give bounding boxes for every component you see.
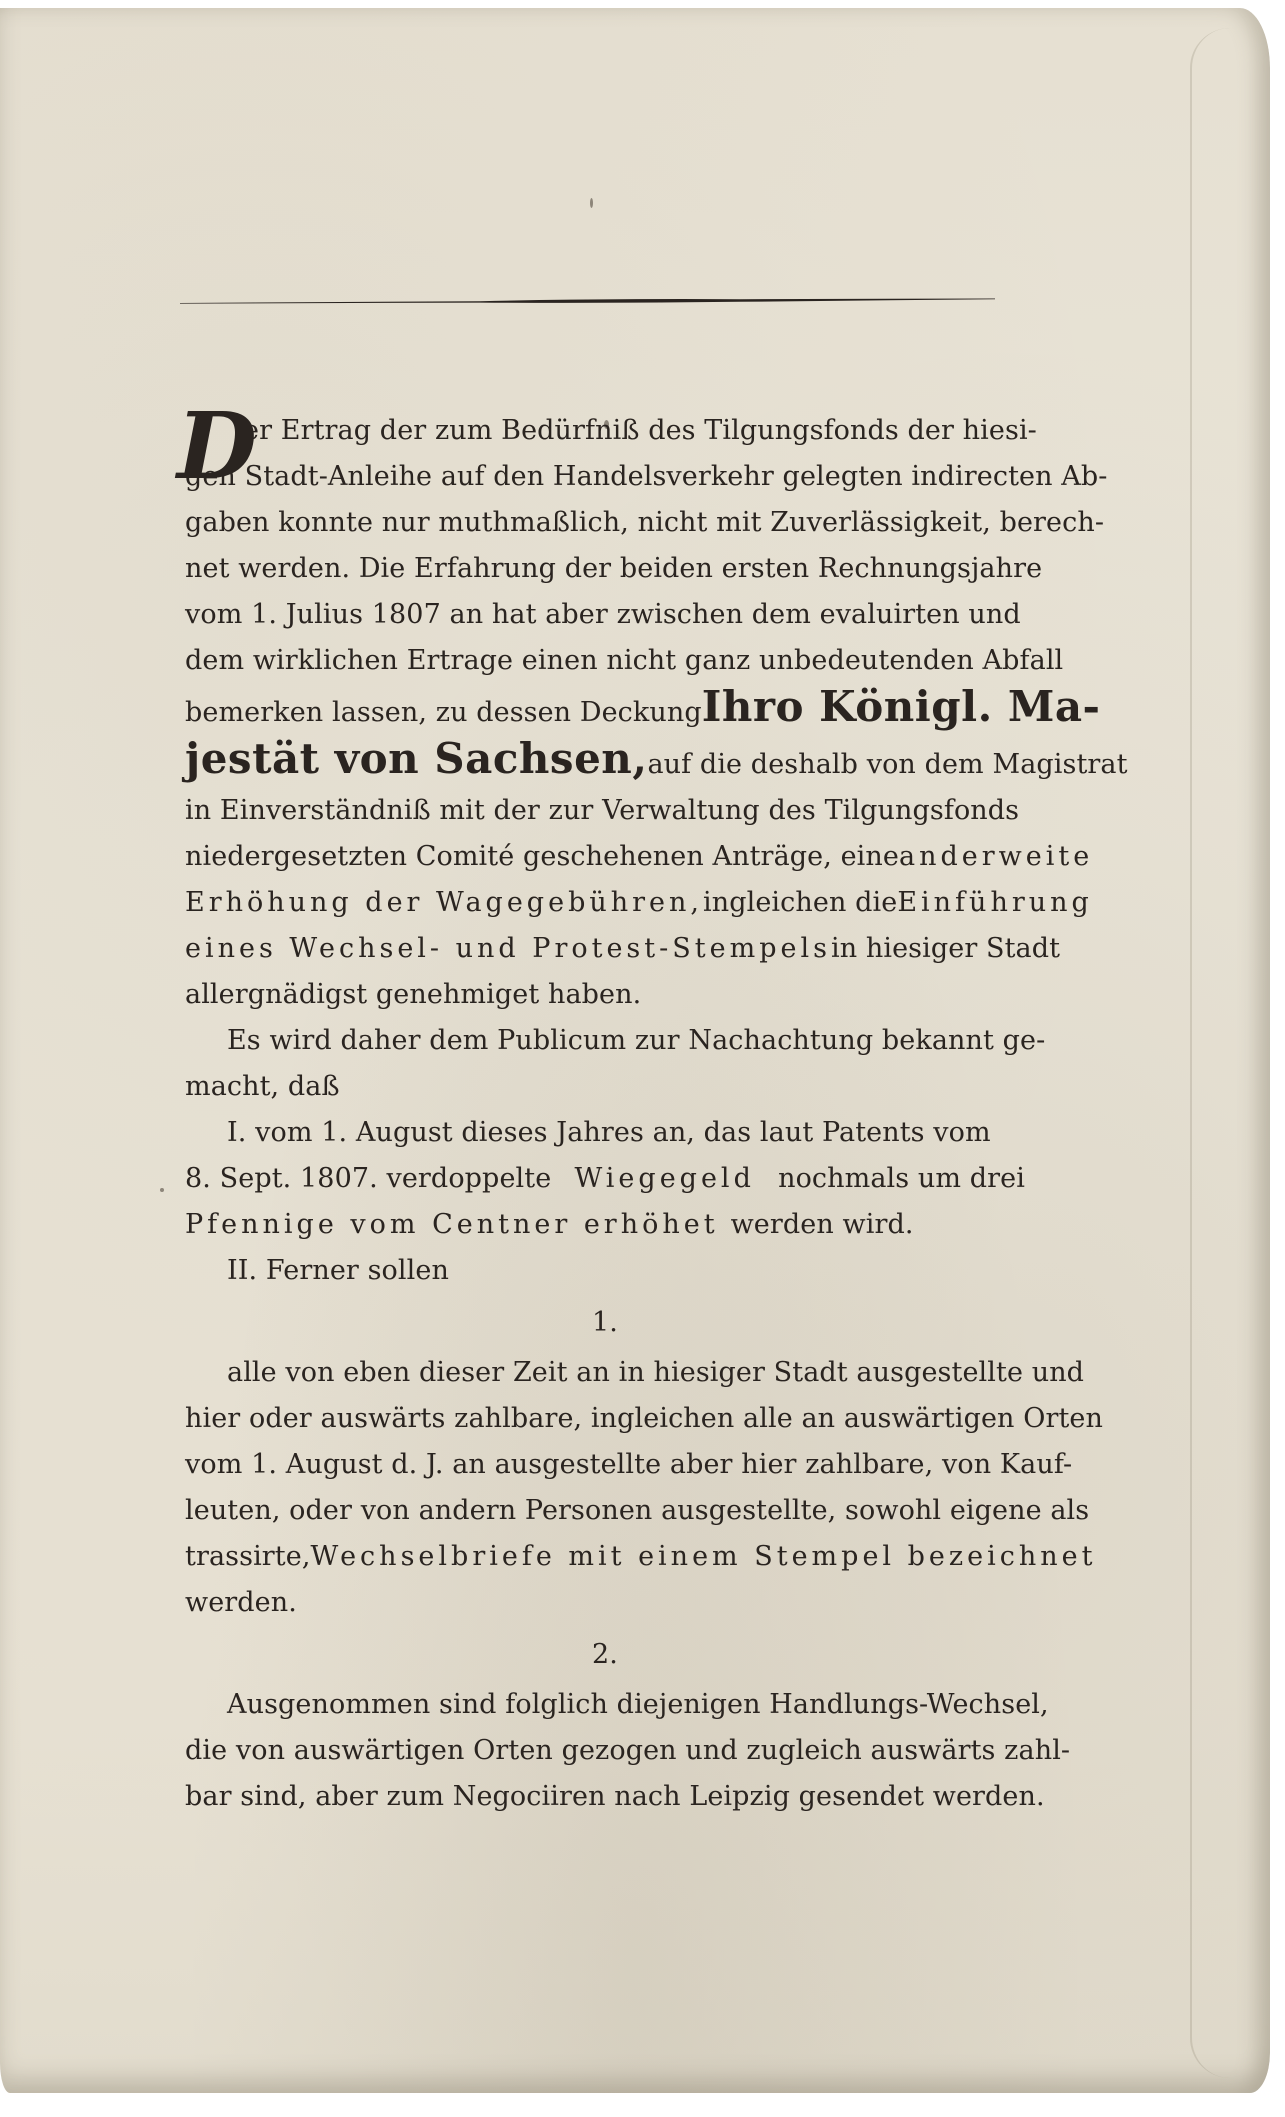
text-span: ingleichen die: [703, 880, 897, 926]
text-line: allergnädigst genehmiget haben.: [185, 972, 1025, 1018]
section-number: 1.: [185, 1300, 1025, 1346]
text-line: 8. Sept. 1807. verdoppelte Wiegegeld noc…: [185, 1156, 1025, 1202]
text-span: trassirte,: [185, 1534, 311, 1580]
text-line: hier oder auswärts zahlbare, ingleichen …: [185, 1396, 1025, 1442]
text-span: 8. Sept. 1807. verdoppelte: [185, 1156, 551, 1202]
text-span: niedergesetzten Comité geschehenen Anträ…: [185, 834, 899, 880]
text-line: werden.: [185, 1580, 1025, 1626]
emphasis-text: anderweite: [899, 834, 1093, 880]
text-span: bemerken lassen, zu dessen Deckung: [185, 690, 702, 736]
section-2: Ausgenommen sind folglich diejenigen Han…: [185, 1682, 1025, 1820]
header-rule: [180, 297, 995, 303]
emphasis-text: Einführung: [897, 880, 1092, 926]
text-span: in hiesiger Stadt: [831, 926, 1060, 972]
text-line: Pfennige vom Centner erhöhet werden wird…: [185, 1202, 1025, 1248]
text-line: leuten, oder von andern Personen ausgest…: [185, 1488, 1025, 1534]
section-number: 2.: [185, 1632, 1025, 1678]
text-line: dem wirklichen Ertrage einen nicht ganz …: [185, 638, 1025, 684]
text-line: Erhöhung der Wagegebühren, ingleichen di…: [185, 880, 1025, 926]
text-span: auf die deshalb von dem Magistrat: [647, 742, 1127, 788]
royal-title: jestät von Sachsen,: [185, 736, 647, 782]
text-line: jestät von Sachsen, auf die deshalb von …: [185, 736, 1025, 788]
emphasis-text: Pfennige vom Centner erhöhet: [185, 1202, 719, 1248]
text-line: gen Stadt-Anleihe auf den Handelsverkehr…: [185, 454, 1025, 500]
text-line: Es wird daher dem Publicum zur Nachachtu…: [185, 1018, 1025, 1064]
emphasis-text: Wiegegeld: [575, 1156, 755, 1202]
text-line: vom 1. August d. J. an ausgestellte aber…: [185, 1442, 1025, 1488]
text-line: alle von eben dieser Zeit an in hiesiger…: [185, 1350, 1025, 1396]
text-line: gaben konnte nur muthmaßlich, nicht mit …: [185, 500, 1025, 546]
text-line: Ausgenommen sind folglich diejenigen Han…: [185, 1682, 1025, 1728]
paragraph-intro: D er Ertrag der zum Bedürfniß des Tilgun…: [185, 408, 1025, 1018]
paragraph-announcement: Es wird daher dem Publicum zur Nachachtu…: [185, 1018, 1025, 1110]
item-I: I. vom 1. August dieses Jahres an, das l…: [185, 1110, 1025, 1248]
emphasis-text: Erhöhung der Wagegebühren,: [185, 880, 703, 926]
paper-fold-edge: [1190, 28, 1252, 2078]
text-line: in Einverständniß mit der zur Verwaltung…: [185, 788, 1025, 834]
ink-speck: [590, 198, 593, 208]
text-line: bar sind, aber zum Negociiren nach Leipz…: [185, 1774, 1025, 1820]
text-line: trassirte, Wechselbriefe mit einem Stemp…: [185, 1534, 1025, 1580]
text-line: I. vom 1. August dieses Jahres an, das l…: [185, 1110, 1025, 1156]
text-line: eines Wechsel- und Protest-Stempels in h…: [185, 926, 1025, 972]
text-line: er Ertrag der zum Bedürfniß des Tilgungs…: [243, 408, 1025, 454]
paper-page: D er Ertrag der zum Bedürfniß des Tilgun…: [0, 8, 1270, 2093]
document-body: D er Ertrag der zum Bedürfniß des Tilgun…: [185, 408, 1025, 1820]
royal-title: Ihro Königl. Ma-: [702, 684, 1101, 730]
text-line: niedergesetzten Comité geschehenen Anträ…: [185, 834, 1025, 880]
emphasis-text: eines Wechsel- und Protest-Stempels: [185, 926, 831, 972]
item-II: II. Ferner sollen: [185, 1248, 1025, 1294]
emphasis-text: Wechselbriefe mit einem Stempel bezeichn…: [311, 1534, 1097, 1580]
ink-speck: [160, 1188, 164, 1192]
text-line: macht, daß: [185, 1064, 1025, 1110]
text-line: II. Ferner sollen: [185, 1248, 1025, 1294]
text-line: die von auswärtigen Orten gezogen und zu…: [185, 1728, 1025, 1774]
text-line: net werden. Die Erfahrung der beiden ers…: [185, 546, 1025, 592]
text-line: vom 1. Julius 1807 an hat aber zwischen …: [185, 592, 1025, 638]
drop-cap: D: [177, 400, 257, 492]
section-1: alle von eben dieser Zeit an in hiesiger…: [185, 1350, 1025, 1626]
text-span: werden wird.: [731, 1202, 914, 1248]
text-span: nochmals um drei: [778, 1156, 1025, 1202]
text-line: bemerken lassen, zu dessen Deckung Ihro …: [185, 684, 1025, 736]
